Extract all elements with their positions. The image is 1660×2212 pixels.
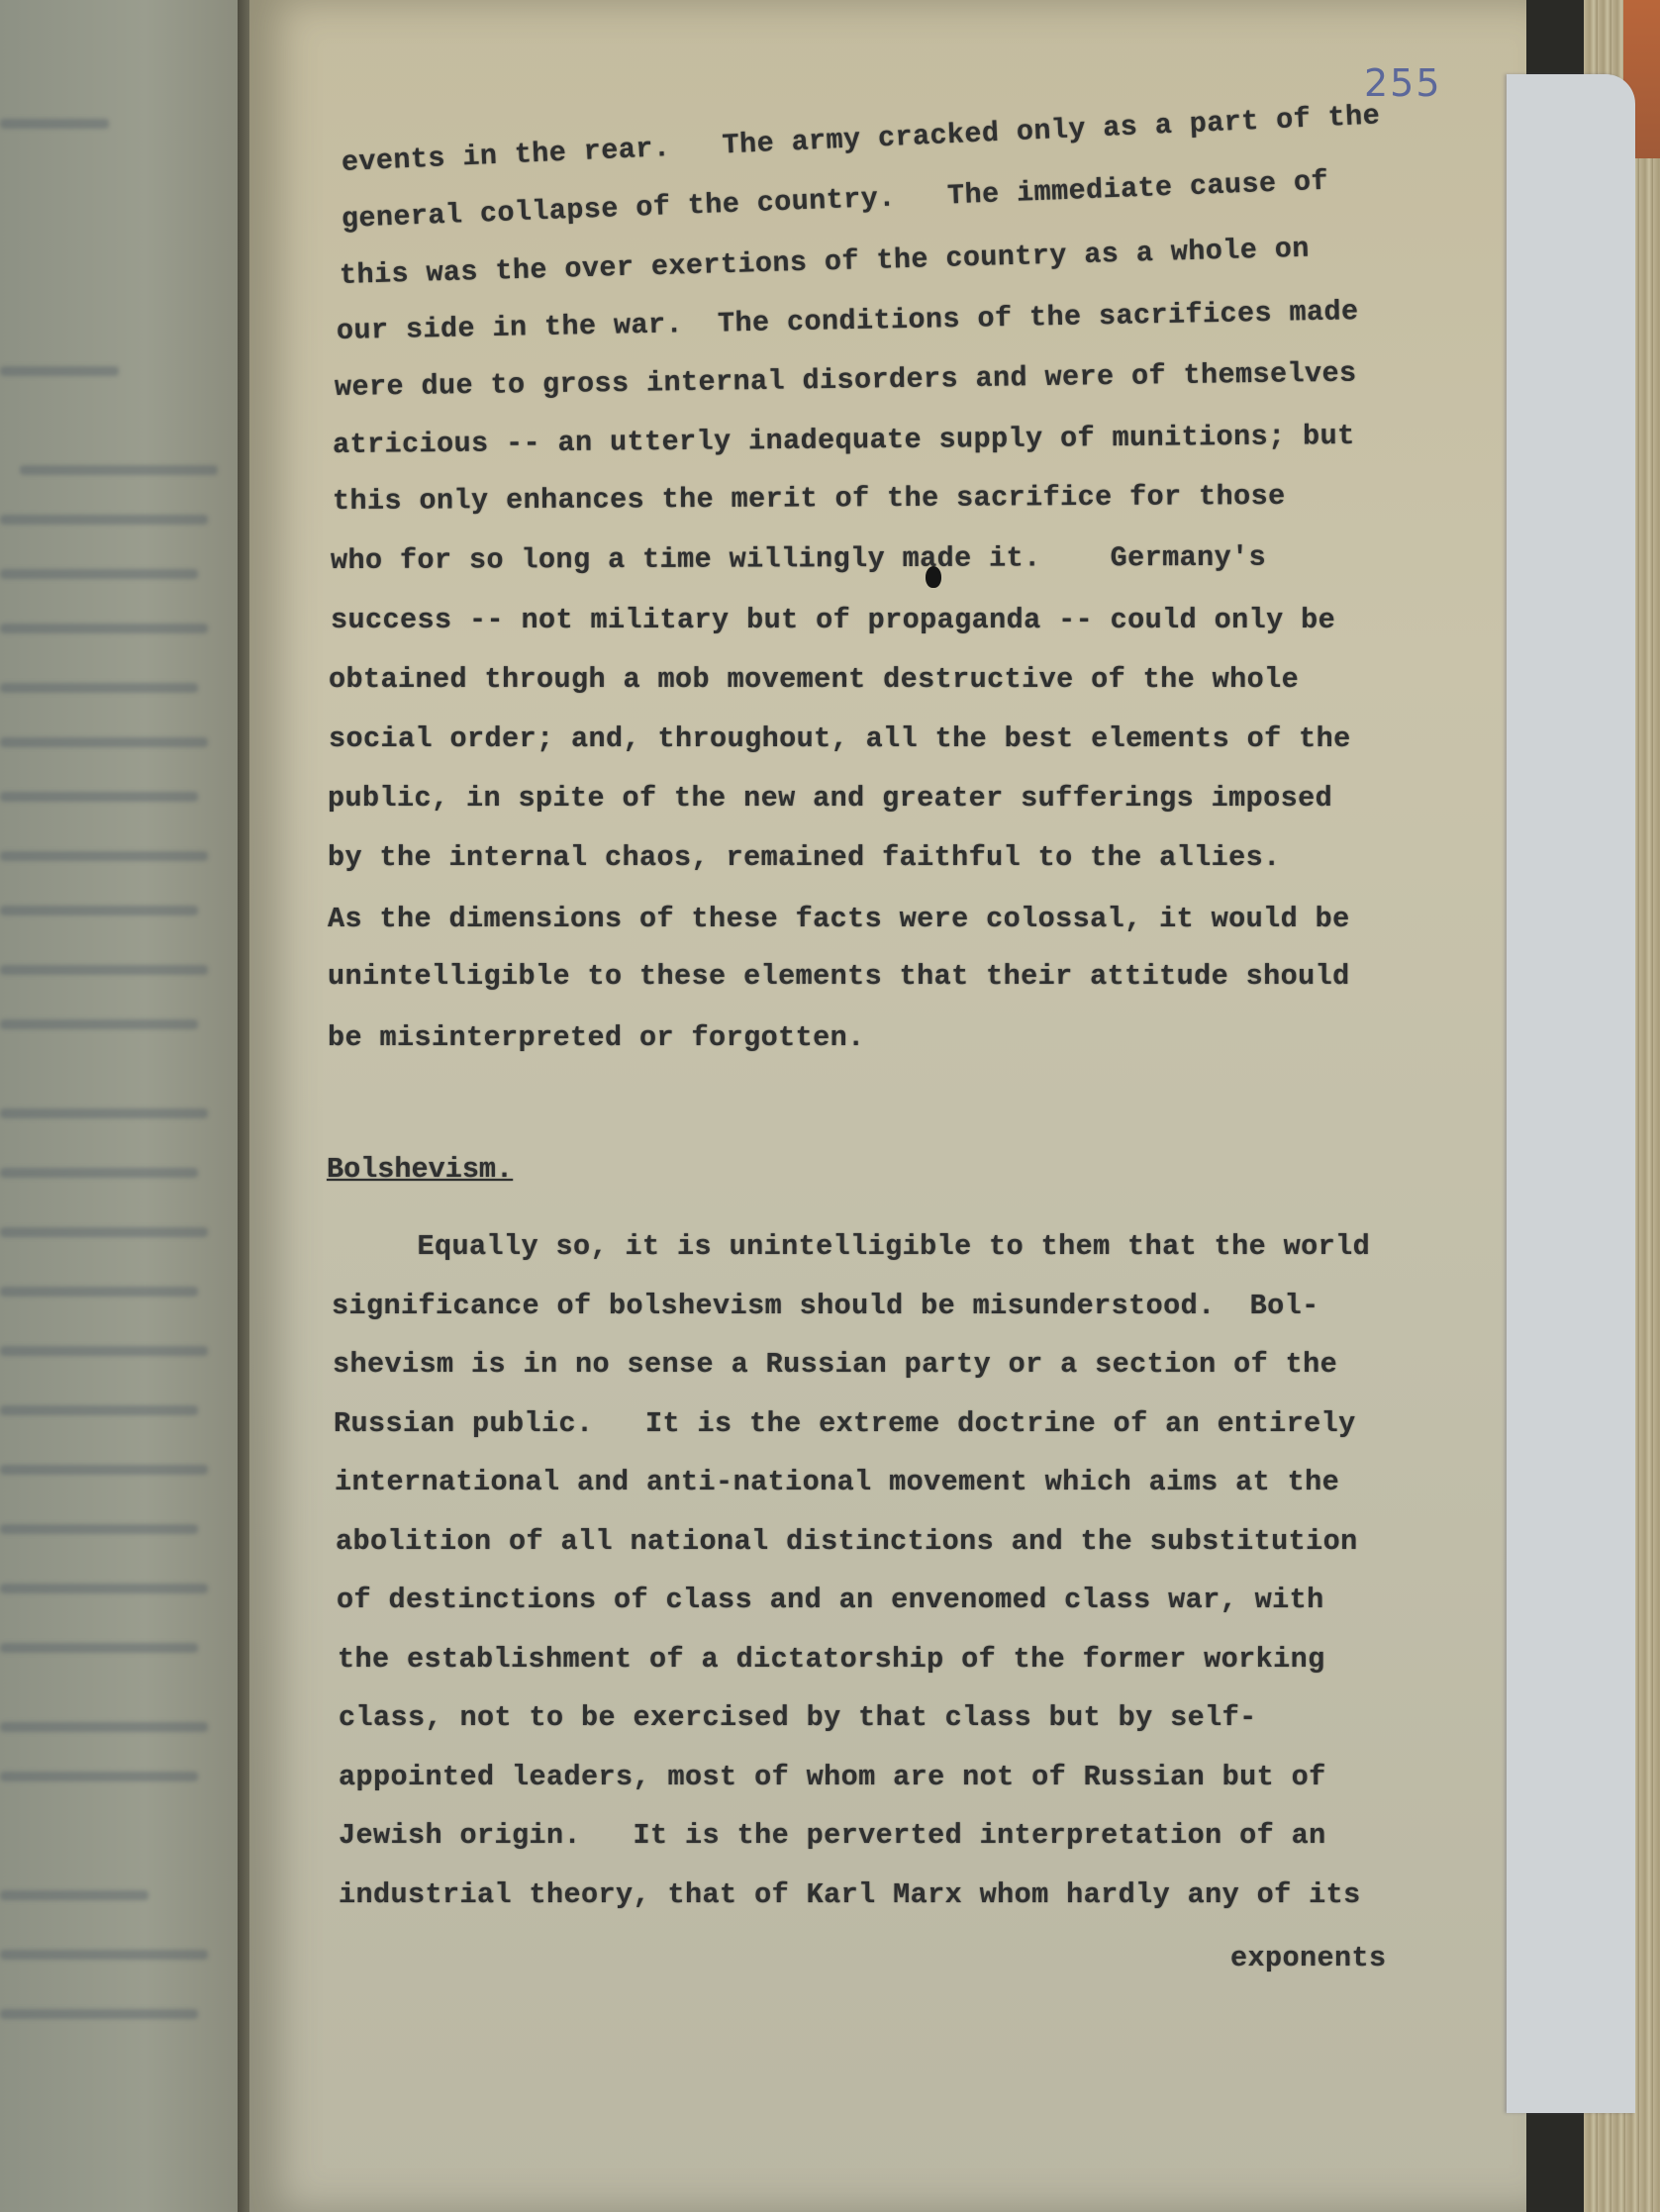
bleed-through-line [0,119,109,129]
section-heading-bolshevism: Bolshevism. [327,1153,513,1186]
text-line: by the internal chaos, remained faithful… [328,841,1281,874]
bleed-through-line [0,1405,198,1415]
bleed-through-line [0,1643,198,1653]
text-line: international and anti-national movement… [335,1466,1339,1498]
facing-page-left [0,0,243,2212]
text-line: shevism is in no sense a Russian party o… [333,1348,1337,1381]
text-line: obtained through a mob movement destruct… [329,663,1299,696]
bleed-through-line [0,1287,198,1297]
bleed-through-line [0,1722,208,1732]
bleed-through-line [20,465,218,475]
text-line: appointed leaders, most of whom are not … [339,1761,1326,1793]
bleed-through-line [0,965,208,975]
bleed-through-line [0,1524,198,1534]
bleed-through-line [0,2009,198,2019]
text-line: Russian public. It is the extreme doctri… [334,1407,1356,1440]
bleed-through-line [0,515,208,525]
text-line: abolition of all national distinctions a… [336,1525,1358,1558]
bleed-through-line [0,1227,208,1237]
bleed-through-line [0,1584,208,1593]
bleed-through-line [0,1108,208,1118]
text-line: As the dimensions of these facts were co… [328,903,1350,935]
text-line: of destinctions of class and an envenome… [337,1584,1324,1616]
bleed-through-line [0,1950,208,1960]
handwritten-page-number: 255 [1364,61,1442,105]
white-marker-slip [1507,74,1635,2113]
text-line: class, not to be exercised by that class… [339,1701,1257,1734]
catchword: exponents [1230,1942,1387,1974]
text-line: unintelligible to these elements that th… [328,960,1350,993]
text-line: public, in spite of the new and greater … [328,782,1332,815]
bleed-through-line [0,1890,148,1900]
text-line: be misinterpreted or forgotten. [328,1021,865,1054]
bleed-through-line [0,683,198,693]
ink-blot [926,566,941,588]
bleed-through-line [0,624,208,633]
text-line: success -- not military but of propagand… [331,604,1335,636]
bleed-through-line [0,792,198,802]
bleed-through-line [0,851,208,861]
bleed-through-line [0,1346,208,1356]
bleed-through-line [0,1772,198,1781]
bleed-through-line [0,1019,198,1029]
bleed-through-line [0,569,198,579]
text-line: Jewish origin. It is the perverted inter… [339,1819,1326,1852]
bleed-through-line [0,1168,198,1178]
text-line: significance of bolshevism should be mis… [332,1290,1319,1322]
text-line: the establishment of a dictatorship of t… [338,1643,1325,1676]
text-line: social order; and, throughout, all the b… [329,722,1351,755]
bleed-through-line [0,906,198,915]
bleed-through-line [0,737,208,747]
bleed-through-line [0,366,119,376]
text-line: Equally so, it is unintelligible to them… [331,1230,1370,1263]
text-line: who for so long a time willingly made it… [331,541,1266,577]
text-line: industrial theory, that of Karl Marx who… [339,1878,1361,1911]
bleed-through-line [0,1465,208,1475]
text-line: this only enhances the merit of the sacr… [333,480,1286,518]
